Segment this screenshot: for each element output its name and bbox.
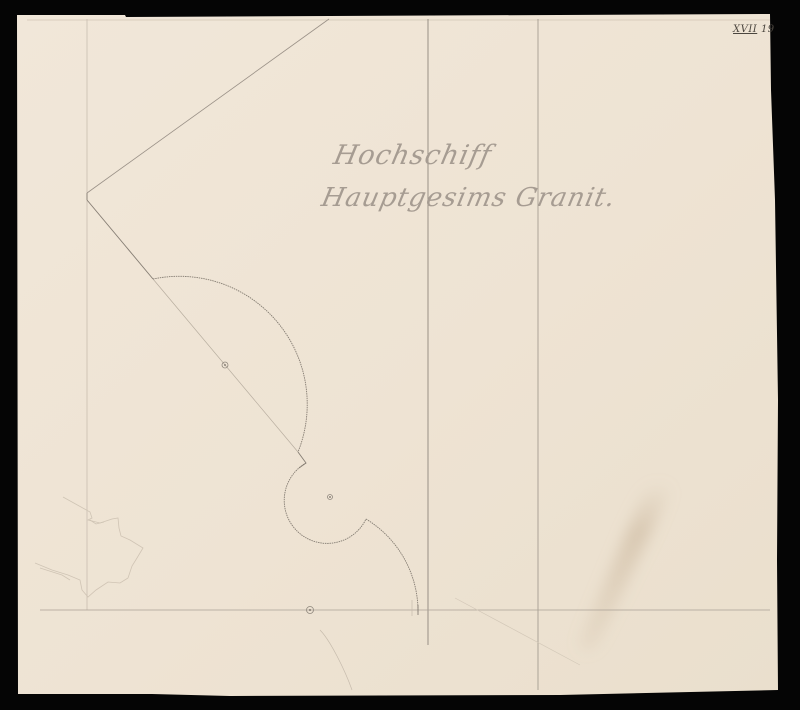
sheet-roman-numeral: XVII <box>733 24 757 35</box>
drawing-sheet <box>0 0 800 710</box>
drawing-title-line-1: Hochschiff <box>331 140 495 171</box>
document-viewer: Hochschiff Hauptgesims Granit. XVII 19 <box>0 0 800 710</box>
sheet-number-label: XVII 19 <box>733 24 775 35</box>
paper-sheet <box>17 14 778 696</box>
drawing-title-line-2: Hauptgesims Granit. <box>319 183 619 213</box>
sheet-number: 19 <box>761 24 775 35</box>
